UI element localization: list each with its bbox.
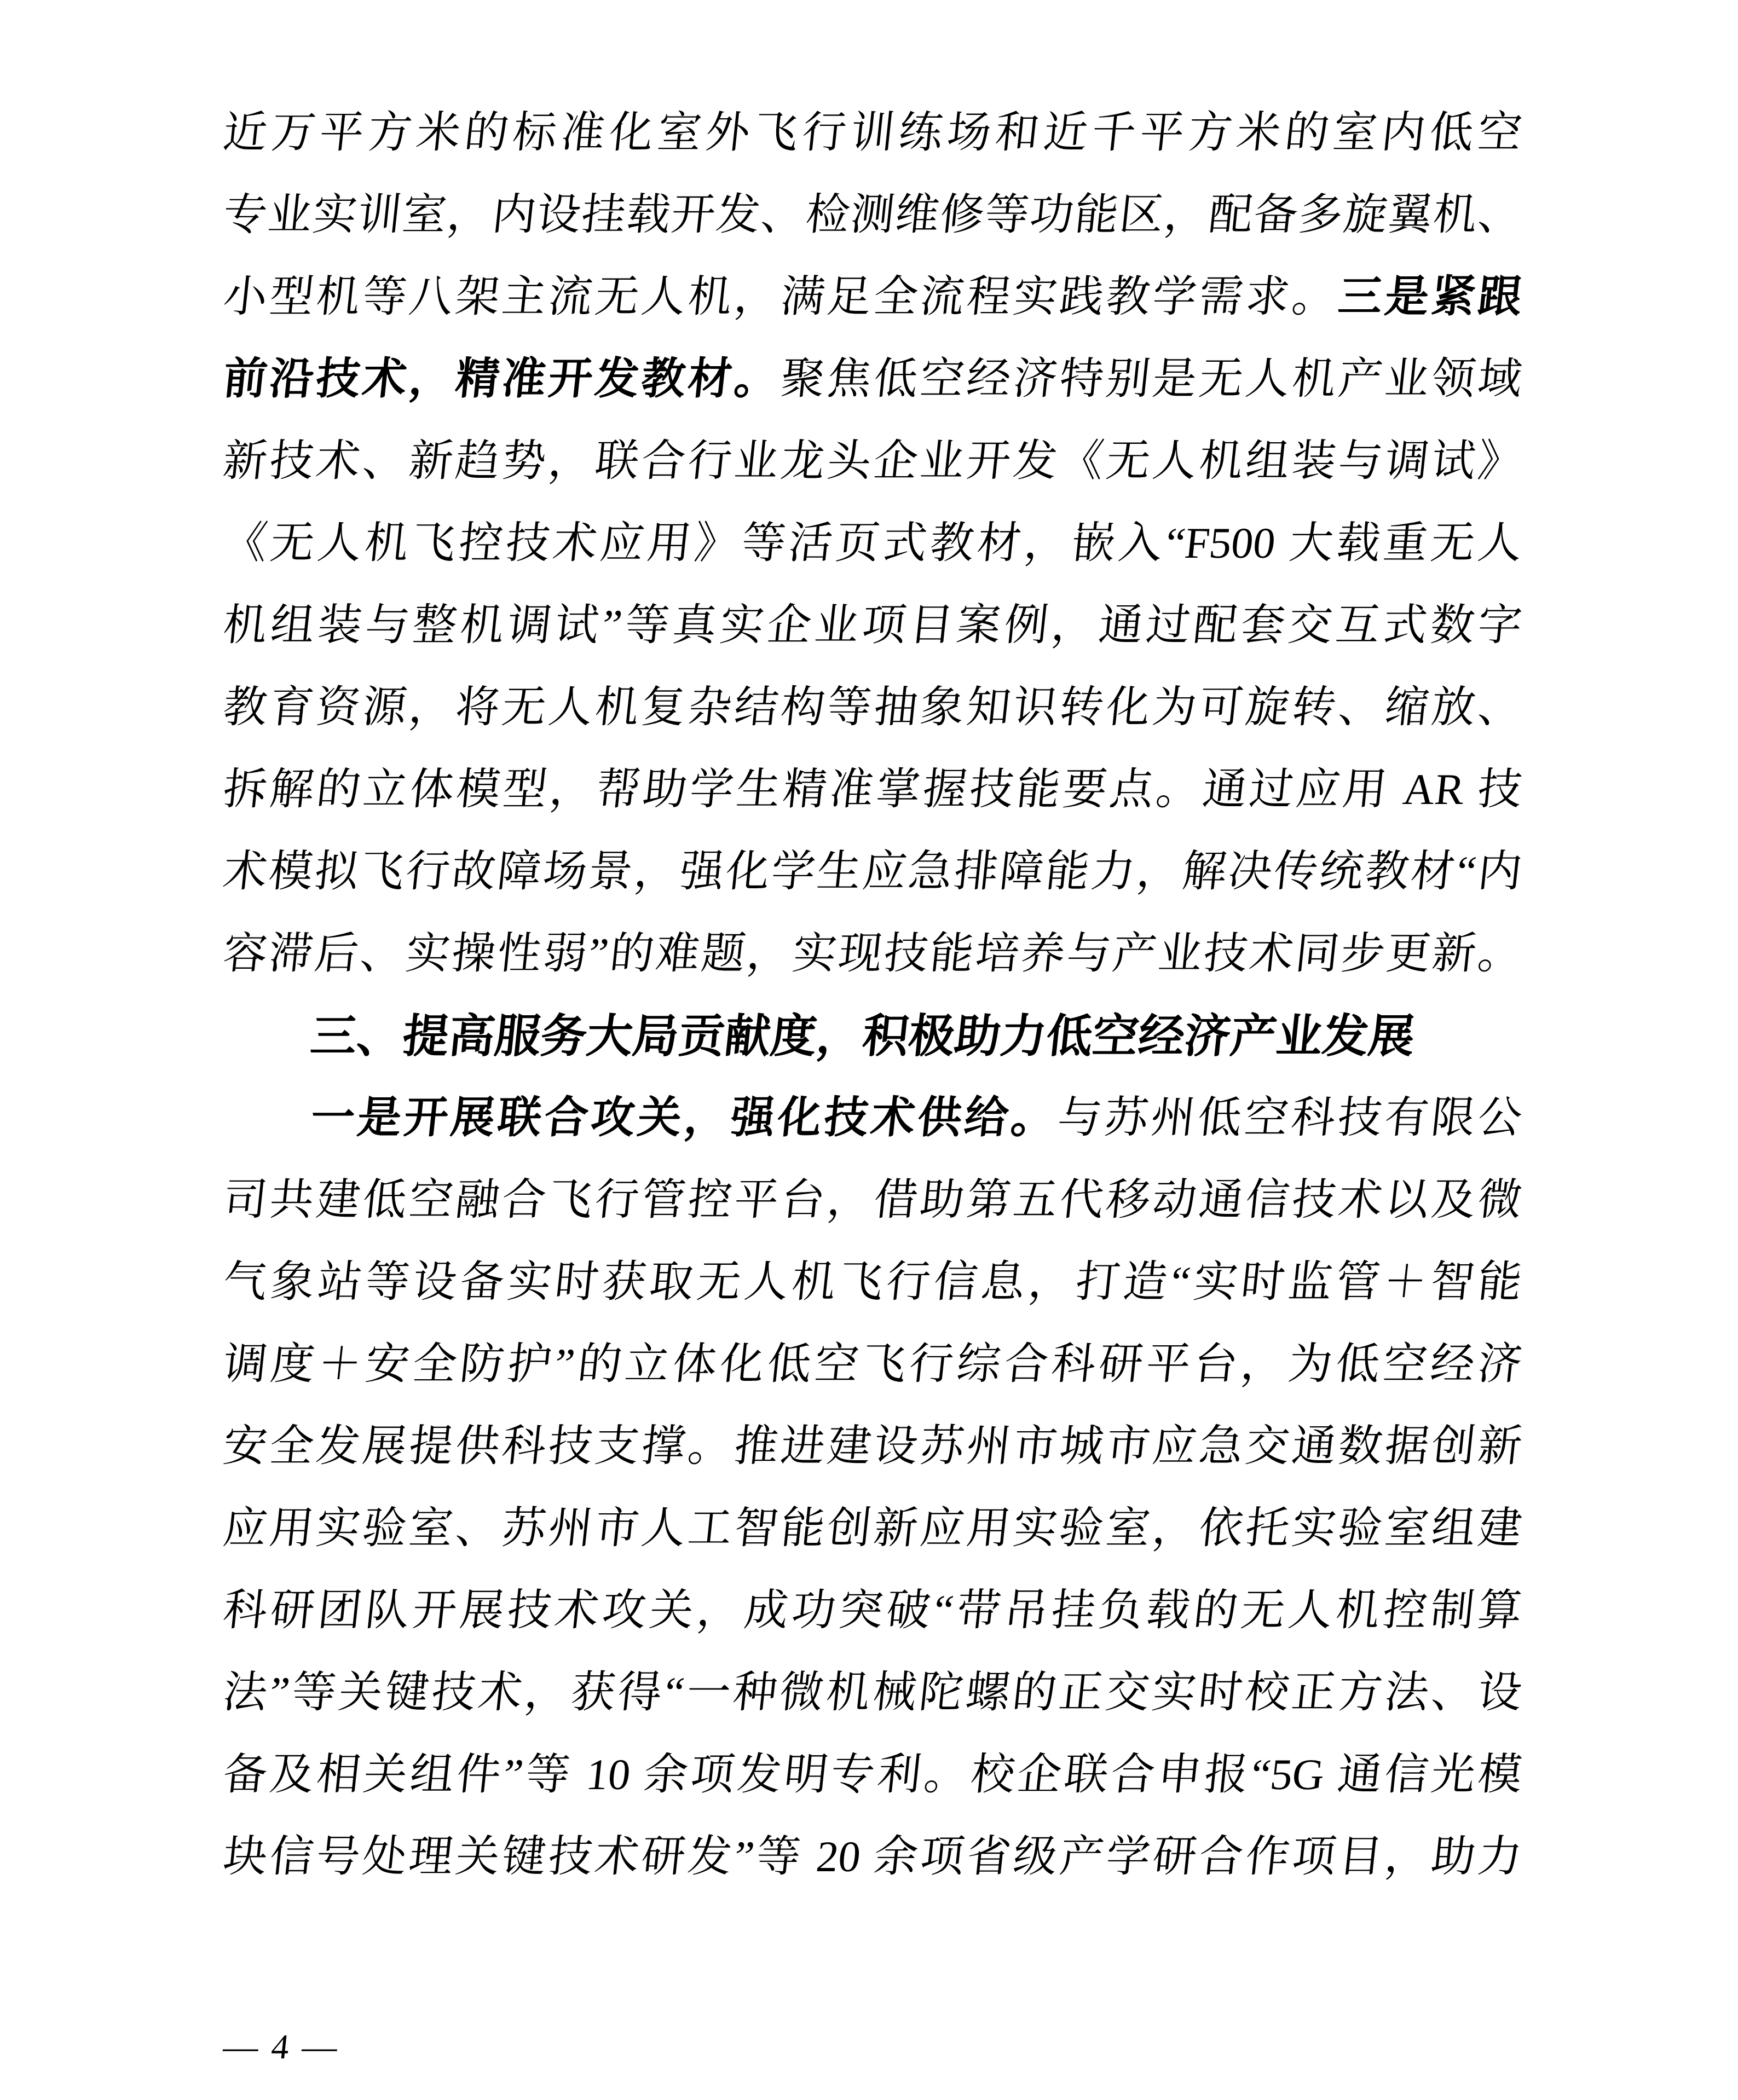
text-segment: 《无人机飞控技术应用》等活页式教材，嵌入“F500 大载重无人 xyxy=(221,519,1524,568)
text-line: 术模拟飞行故障场景，强化学生应急排障能力，解决传统教材“内 xyxy=(219,831,1526,913)
text-line: 块信号处理关键技术研发”等 20 余项省级产学研合作项目，助力 xyxy=(219,1816,1526,1898)
text-line: 气象站等设备实时获取无人机飞行信息，打造“实时监管＋智能 xyxy=(219,1241,1526,1323)
text-line: 一是开展联合攻关，强化技术供给。与苏州低空科技有限公 xyxy=(219,1077,1526,1159)
text-line: 容滞后、实操性弱”的难题，实现技能培养与产业技术同步更新。 xyxy=(219,913,1526,995)
text-segment: 教育资源，将无人机复杂结构等抽象知识转化为可旋转、缩放、 xyxy=(221,684,1524,732)
text-segment: 专业实训室，内设挂载开发、检测维修等功能区，配备多旋翼机、 xyxy=(221,191,1524,239)
text-line: 司共建低空融合飞行管控平台，借助第五代移动通信技术以及微 xyxy=(219,1159,1526,1241)
document-page: 近万平方米的标准化室外飞行训练场和近千平方米的室内低空专业实训室，内设挂载开发、… xyxy=(0,0,1738,2100)
text-block: 近万平方米的标准化室外飞行训练场和近千平方米的室内低空专业实训室，内设挂载开发、… xyxy=(223,92,1522,1898)
text-segment: 应用实验室、苏州市人工智能创新应用实验室，依托实验室组建 xyxy=(221,1505,1524,1553)
bold-text-segment: 一是开展联合攻关，强化技术供给。 xyxy=(308,1094,1060,1142)
bold-text-segment: 前沿技术，精准开发教材。 xyxy=(221,355,783,403)
text-line: 法”等关键技术，获得“一种微机械陀螺的正交实时校正方法、设 xyxy=(219,1652,1526,1734)
section-heading: 三、提高服务大局贡献度，积极助力低空经济产业发展 xyxy=(219,995,1526,1077)
text-segment: 容滞后、实操性弱”的难题，实现技能培养与产业技术同步更新。 xyxy=(221,930,1524,978)
text-segment: 机组装与整机调试”等真实企业项目案例，通过配套交互式数字 xyxy=(221,601,1524,650)
text-line: 《无人机飞控技术应用》等活页式教材，嵌入“F500 大载重无人 xyxy=(219,502,1526,585)
text-segment: 与苏州低空科技有限公 xyxy=(1055,1094,1525,1142)
text-line: 小型机等八架主流无人机，满足全流程实践教学需求。三是紧跟 xyxy=(219,256,1526,338)
text-segment: 安全发展提供科技支撑。推进建设苏州市城市应急交通数据创新 xyxy=(221,1422,1524,1471)
text-line: 应用实验室、苏州市人工智能创新应用实验室，依托实验室组建 xyxy=(219,1488,1526,1570)
text-segment: 气象站等设备实时获取无人机飞行信息，打造“实时监管＋智能 xyxy=(221,1258,1524,1306)
text-segment: 司共建低空融合飞行管控平台，借助第五代移动通信技术以及微 xyxy=(221,1176,1524,1224)
text-segment: 新技术、新趋势，联合行业龙头企业开发《无人机组装与调试》 xyxy=(221,437,1524,485)
text-segment: 备及相关组件”等 10 余项发明专利。校企联合申报“5G 通信光模 xyxy=(221,1751,1524,1799)
text-segment: 法”等关键技术，获得“一种微机械陀螺的正交实时校正方法、设 xyxy=(221,1669,1524,1717)
text-line: 备及相关组件”等 10 余项发明专利。校企联合申报“5G 通信光模 xyxy=(219,1734,1526,1816)
text-segment: 聚焦低空经济特别是无人机产业领域 xyxy=(778,355,1525,403)
text-segment: 近万平方米的标准化室外飞行训练场和近千平方米的室内低空 xyxy=(221,109,1524,157)
text-segment: 拆解的立体模型，帮助学生精准掌握技能要点。通过应用 AR 技 xyxy=(221,766,1524,814)
text-line: 近万平方米的标准化室外飞行训练场和近千平方米的室内低空 xyxy=(219,92,1526,174)
text-line: 科研团队开展技术攻关，成功突破“带吊挂负载的无人机控制算 xyxy=(219,1570,1526,1652)
bold-text-segment: 三是紧跟 xyxy=(1336,273,1525,321)
text-segment: 术模拟飞行故障场景，强化学生应急排障能力，解决传统教材“内 xyxy=(221,848,1524,896)
text-line: 新技术、新趋势，联合行业龙头企业开发《无人机组装与调试》 xyxy=(219,420,1526,502)
text-line: 专业实训室，内设挂载开发、检测维修等功能区，配备多旋翼机、 xyxy=(219,174,1526,256)
text-segment: 小型机等八架主流无人机，满足全流程实践教学需求。 xyxy=(221,273,1341,321)
bold-text-segment: 三、提高服务大局贡献度，积极助力低空经济产业发展 xyxy=(308,1010,1417,1062)
text-line: 安全发展提供科技支撑。推进建设苏州市城市应急交通数据创新 xyxy=(219,1405,1526,1488)
text-line: 教育资源，将无人机复杂结构等抽象知识转化为可旋转、缩放、 xyxy=(219,667,1526,749)
text-segment: 科研团队开展技术攻关，成功突破“带吊挂负载的无人机控制算 xyxy=(221,1587,1524,1635)
text-segment: 块信号处理关键技术研发”等 20 余项省级产学研合作项目，助力 xyxy=(221,1833,1524,1881)
text-line: 调度＋安全防护”的立体化低空飞行综合科研平台，为低空经济 xyxy=(219,1323,1526,1405)
text-line: 前沿技术，精准开发教材。聚焦低空经济特别是无人机产业领域 xyxy=(219,338,1526,420)
text-line: 机组装与整机调试”等真实企业项目案例，通过配套交互式数字 xyxy=(219,585,1526,667)
text-line: 拆解的立体模型，帮助学生精准掌握技能要点。通过应用 AR 技 xyxy=(219,749,1526,831)
page-number: — 4 — xyxy=(221,2025,342,2069)
text-segment: 调度＋安全防护”的立体化低空飞行综合科研平台，为低空经济 xyxy=(221,1340,1524,1389)
